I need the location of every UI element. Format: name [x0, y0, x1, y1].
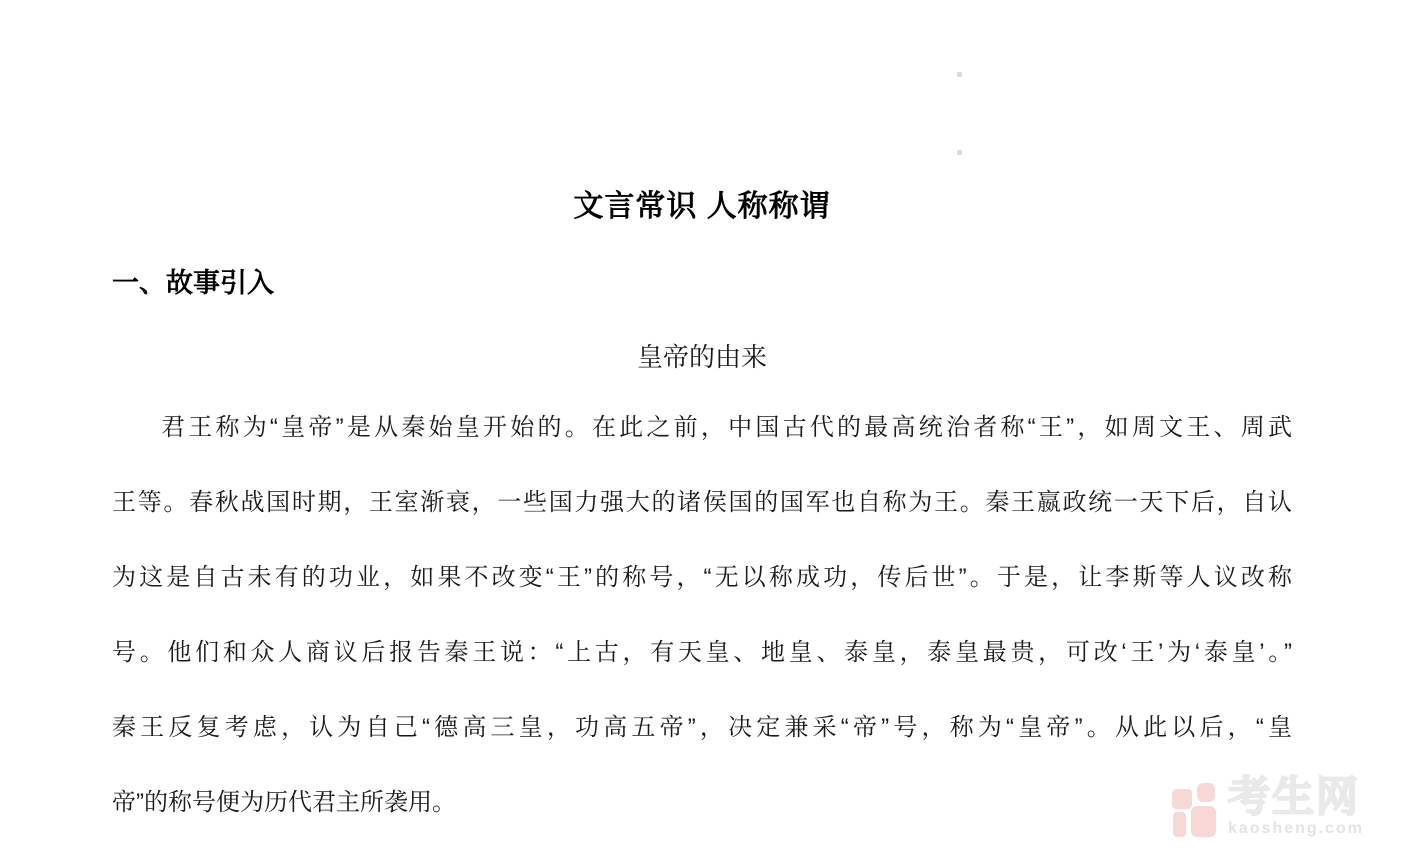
- paragraph-line: 号。他们和众人商议后报告秦王说：“上古，有天皇、地皇、泰皇，泰皇最贵，可改‘王’…: [112, 615, 1292, 690]
- paragraph-line: 帝”的称号便为历代君主所袭用。: [112, 765, 1292, 840]
- story-title: 皇帝的由来: [0, 337, 1404, 374]
- kaosheng-watermark: 考生网 kaosheng.com: [1170, 776, 1364, 838]
- kaosheng-logo-icon: [1170, 780, 1218, 838]
- logo-block: [1191, 806, 1216, 837]
- watermark-site-name: 考生网: [1228, 776, 1364, 818]
- logo-block: [1197, 783, 1215, 802]
- logo-block: [1172, 789, 1192, 809]
- scan-artifact-dot: [957, 150, 962, 155]
- paragraph-line: 君王称为“皇帝”是从秦始皇开始的。在此之前，中国古代的最高统治者称“王”，如周文…: [112, 390, 1292, 465]
- document-title: 文言常识 人称称谓: [0, 181, 1404, 225]
- paragraph-line: 为这是自古未有的功业，如果不改变“王”的称号，“无以称成功，传后世”。于是，让李…: [112, 540, 1292, 615]
- paragraph-line: 王等。春秋战国时期，王室渐衰，一些国力强大的诸侯国的国军也自称为王。秦王嬴政统一…: [112, 465, 1292, 540]
- paragraph-line: 秦王反复考虑，认为自己“德高三皇，功高五帝”，决定兼采“帝”号，称为“皇帝”。从…: [112, 690, 1292, 765]
- section-heading: 一、故事引入: [112, 261, 274, 300]
- document-page: 文言常识 人称称谓 一、故事引入 皇帝的由来 君王称为“皇帝”是从秦始皇开始的。…: [0, 0, 1404, 850]
- scan-artifact-dot: [957, 72, 962, 77]
- watermark-site-url: kaosheng.com: [1228, 820, 1364, 838]
- watermark-text: 考生网 kaosheng.com: [1228, 776, 1364, 838]
- logo-block: [1173, 812, 1186, 837]
- story-paragraph: 君王称为“皇帝”是从秦始皇开始的。在此之前，中国古代的最高统治者称“王”，如周文…: [112, 390, 1292, 840]
